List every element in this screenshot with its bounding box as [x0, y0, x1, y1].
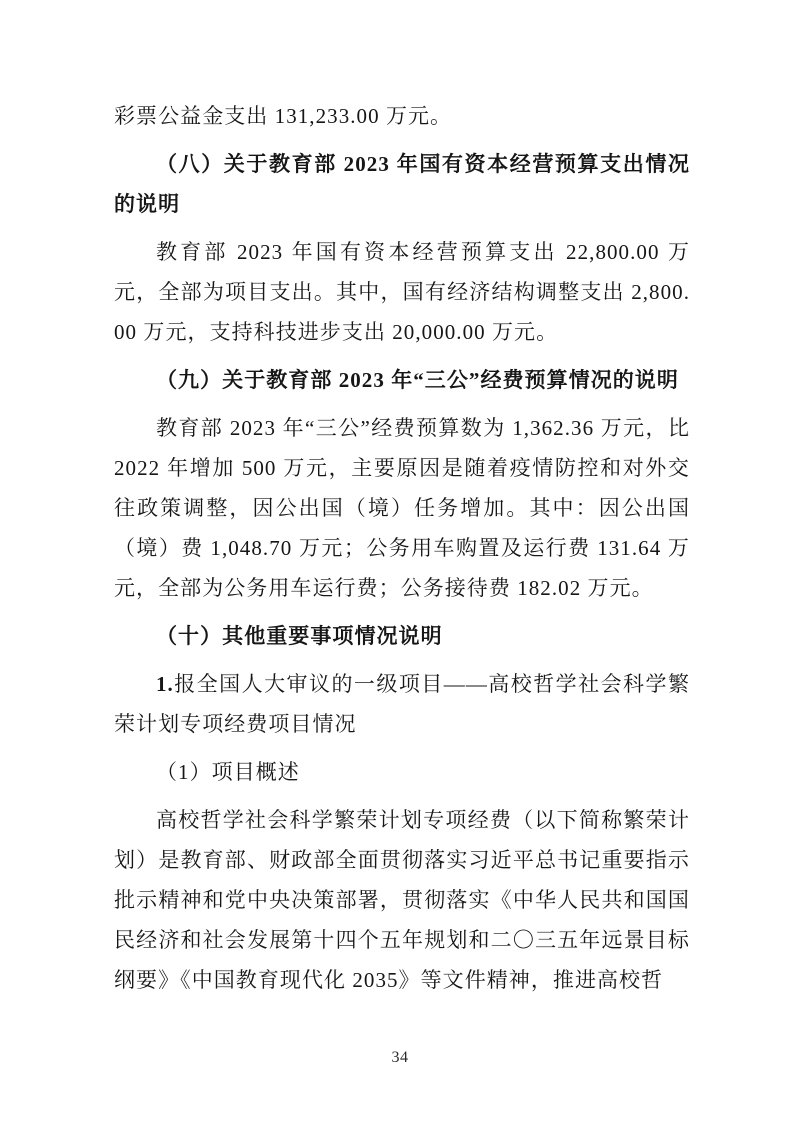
paragraph-project-overview-details: 高校哲学社会科学繁荣计划专项经费（以下简称繁荣计划）是教育部、财政部全面贯彻落实… — [114, 800, 690, 1000]
paragraph-section-9-three-public-details: 教育部 2023 年“三公”经费预算数为 1,362.36 万元，比 2022 … — [114, 408, 690, 608]
document-body: 彩票公益金支出 131,233.00 万元。 （八）关于教育部 2023 年国有… — [114, 96, 690, 1008]
heading-section-9-three-public-expenses: （九）关于教育部 2023 年“三公”经费预算情况的说明 — [114, 360, 690, 400]
item-1-number: 1. — [156, 672, 174, 696]
paragraph-item-1-npc-project: 1.报全国人大审议的一级项目——高校哲学社会科学繁荣计划专项经费项目情况 — [114, 664, 690, 744]
page-number: 34 — [0, 1049, 800, 1067]
item-1-title-text: 报全国人大审议的一级项目——高校哲学社会科学繁荣计划专项经费项目情况 — [114, 672, 690, 736]
heading-section-10-other-important-matters: （十）其他重要事项情况说明 — [114, 616, 690, 656]
sub-heading-project-overview: （1）项目概述 — [114, 752, 690, 792]
heading-section-8-state-capital-budget: （八）关于教育部 2023 年国有资本经营预算支出情况的说明 — [114, 144, 690, 224]
paragraph-lottery-fund-continuation: 彩票公益金支出 131,233.00 万元。 — [114, 96, 690, 136]
paragraph-section-8-state-capital-details: 教育部 2023 年国有资本经营预算支出 22,800.00 万元，全部为项目支… — [114, 232, 690, 352]
document-page: 彩票公益金支出 131,233.00 万元。 （八）关于教育部 2023 年国有… — [0, 0, 800, 1131]
